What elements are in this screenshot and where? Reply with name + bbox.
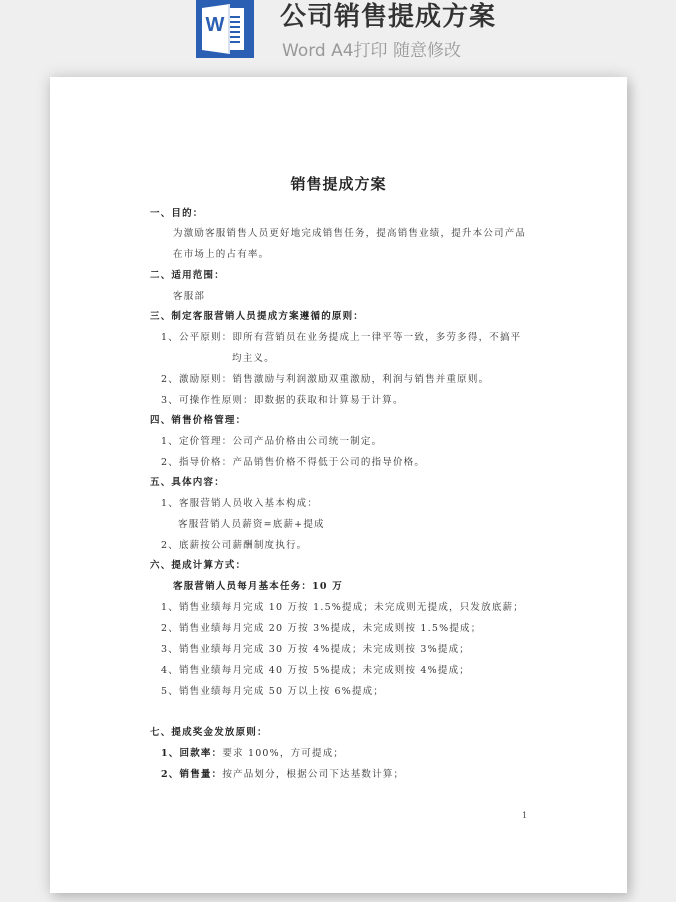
item-text: 按产品划分，根据公司下达基数计算； [222,769,404,780]
item-label: 可操作性原则： [179,395,254,406]
section-heading: 一、目的： [150,205,204,219]
item-number: 3、 [161,644,179,655]
word-icon: W [196,0,254,58]
item-label: 激励原则： [179,374,233,385]
item-label: 回款率： [180,748,223,759]
item-text: 产品销售价格不得低于公司的指导价格。 [232,457,425,468]
item-text: 公司产品价格由公司统一制定。 [232,436,382,447]
section-heading: 二、适用范围： [150,267,225,281]
item-text: 销售业绩每月完成 30 万按 4%提成；未完成则按 3%提成； [179,644,470,655]
item-number: 3、 [161,395,179,406]
item-number: 2、 [161,623,179,634]
list-item: 5、销售业绩每月完成 50 万以上按 6%提成； [161,683,384,697]
base-task-line: 客服营销人员每月基本任务：10 万 [173,578,343,592]
section-heading: 四、销售价格管理： [150,412,246,426]
item-sub-line: 客服营销人员薪资=底薪+提成 [178,516,325,530]
item-number: 2、 [161,457,179,468]
item-text: 底薪按公司薪酬制度执行。 [179,540,307,551]
body-line: 客服部 [173,288,205,302]
item-number: 2、 [161,540,179,551]
document-title: 销售提成方案 [50,173,627,194]
item-number: 1、 [161,602,179,613]
list-item: 2、底薪按公司薪酬制度执行。 [161,537,307,551]
item-number: 1、 [161,748,180,759]
item-text: 即所有营销员在业务提成上一律平等一致，多劳多得，不搞平 [232,332,521,343]
item-text: 客服营销人员收入基本构成： [179,498,318,509]
section-heading: 七、提成奖金发放原则： [150,724,268,738]
list-item: 1、回款率：要求 100%，方可提成； [161,745,344,759]
body-line: 为激励客服销售人员更好地完成销售任务，提高销售业绩，提升本公司产品 [173,225,526,239]
item-number: 4、 [161,665,179,676]
watermark: ​ [68,382,91,405]
banner: W 公司销售提成方案 Word A4打印 随意修改 [0,0,676,70]
list-item: 1、客服营销人员收入基本构成： [161,495,318,509]
list-item: 1、公平原则：即所有营销员在业务提成上一律平等一致，多劳多得，不搞平 [161,329,521,343]
word-icon-letter: W [204,14,226,37]
list-item: 3、销售业绩每月完成 30 万按 4%提成；未完成则按 3%提成； [161,641,470,655]
list-item: 1、销售业绩每月完成 10 万按 1.5%提成；未完成则无提成，只发放底薪； [161,599,524,613]
list-item: 2、指导价格：产品销售价格不得低于公司的指导价格。 [161,454,425,468]
section-heading: 五、具体内容： [150,474,225,488]
body-line: 在市场上的占有率。 [173,246,269,260]
item-text: 销售激励与利润激励双重激励，利润与销售并重原则。 [232,374,489,385]
item-label: 定价管理： [179,436,233,447]
document-page: ​ 销售提成方案 一、目的： 为激励客服销售人员更好地完成销售任务，提高销售业绩… [50,77,627,893]
item-number: 2、 [161,769,180,780]
item-number: 1、 [161,498,179,509]
item-text: 销售业绩每月完成 10 万按 1.5%提成；未完成则无提成，只发放底薪； [179,602,524,613]
list-item: 2、销售量：按产品划分，根据公司下达基数计算； [161,766,404,780]
item-number: 1、 [161,332,179,343]
list-item: 3、可操作性原则：即数据的获取和计算易于计算。 [161,392,404,406]
section-heading: 三、制定客服营销人员提成方案遵循的原则： [150,308,364,322]
item-text: 销售业绩每月完成 40 万按 5%提成；未完成则按 4%提成； [179,665,470,676]
item-text: 销售业绩每月完成 50 万以上按 6%提成； [179,686,384,697]
item-label: 公平原则： [179,332,233,343]
item-continuation: 均主义。 [232,350,275,364]
page-number: 1 [522,811,527,820]
item-text: 要求 100%，方可提成； [222,748,344,759]
banner-subtitle: Word A4打印 随意修改 [282,36,461,61]
list-item: 4、销售业绩每月完成 40 万按 5%提成；未完成则按 4%提成； [161,662,470,676]
item-label: 指导价格： [179,457,233,468]
item-text: 即数据的获取和计算易于计算。 [254,395,404,406]
item-label: 销售量： [180,769,223,780]
item-number: 5、 [161,686,179,697]
banner-title: 公司销售提成方案 [280,0,496,33]
section-heading: 六、提成计算方式： [150,557,246,571]
list-item: 2、激励原则：销售激励与利润激励双重激励，利润与销售并重原则。 [161,371,489,385]
item-number: 1、 [161,436,179,447]
item-text: 销售业绩每月完成 20 万按 3%提成，未完成则按 1.5%提成； [179,623,481,634]
list-item: 2、销售业绩每月完成 20 万按 3%提成，未完成则按 1.5%提成； [161,620,481,634]
item-number: 2、 [161,374,179,385]
list-item: 1、定价管理：公司产品价格由公司统一制定。 [161,433,382,447]
